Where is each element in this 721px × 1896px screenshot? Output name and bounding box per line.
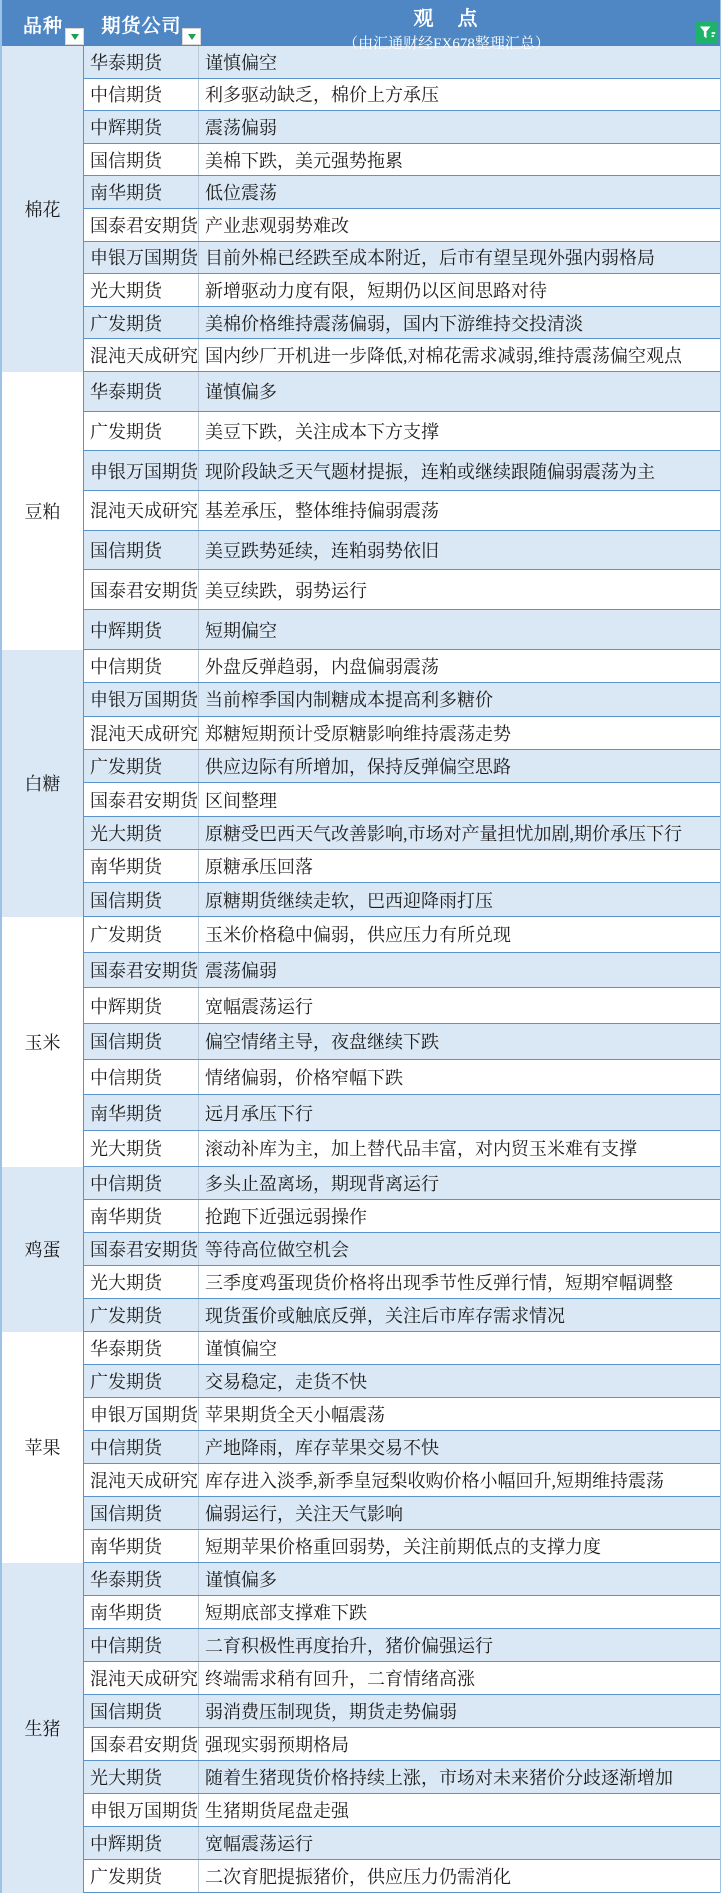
viewpoint-cell[interactable]: 当前榨季国内制糖成本提高利多糖价 (199, 683, 720, 715)
table-row: 中信期货二育积极性再度抬升，猪价偏强运行 (84, 1629, 720, 1662)
table-row: 中信期货利多驱动缺乏，棉价上方承压 (84, 79, 720, 112)
table-row: 华泰期货谨慎偏空 (84, 1332, 720, 1365)
category-cell[interactable]: 白糖 (2, 650, 84, 917)
company-cell[interactable]: 中辉期货 (84, 610, 199, 649)
viewpoint-cell[interactable]: 短期苹果价格重回弱势，关注前期低点的支撑力度 (199, 1530, 720, 1562)
viewpoint-column-header: 观 点 （由汇通财经FX678整理汇总） (199, 2, 694, 53)
viewpoint-cell[interactable]: 终端需求稍有回升，二育情绪高涨 (199, 1662, 720, 1694)
table-row: 混沌天成研究库存进入淡季,新季皇冠梨收购价格小幅回升,短期维持震荡 (84, 1464, 720, 1497)
company-cell[interactable]: 国泰君安期货 (84, 570, 199, 609)
company-cell[interactable]: 中辉期货 (84, 988, 199, 1023)
table-row: 广发期货美豆下跌，关注成本下方支撑 (84, 412, 720, 452)
commodity-section: 玉米广发期货玉米价格稳中偏弱，供应压力有所兑现国泰君安期货震荡偏弱中辉期货宽幅震… (2, 917, 720, 1167)
viewpoint-cell[interactable]: 美豆跌势延续，连粕弱势依旧 (199, 531, 720, 570)
viewpoint-cell[interactable]: 谨慎偏空 (199, 1332, 720, 1364)
table-row: 南华期货短期苹果价格重回弱势，关注前期低点的支撑力度 (84, 1530, 720, 1563)
table-row: 国信期货偏空情绪主导，夜盘继续下跌 (84, 1024, 720, 1060)
company-cell[interactable]: 光大期货 (84, 1266, 199, 1298)
viewpoint-cell[interactable]: 外盘反弹趋弱，内盘偏弱震荡 (199, 650, 720, 682)
viewpoint-cell[interactable]: 随着生猪现货价格持续上涨，市场对未来猪价分歧逐渐增加 (199, 1761, 720, 1793)
commodity-section: 鸡蛋中信期货多头止盈离场，期现背离运行南华期货抢跑下近强远弱操作国泰君安期货等待… (2, 1167, 720, 1332)
viewpoint-cell[interactable]: 弱消费压制现货，期货走势偏弱 (199, 1695, 720, 1727)
viewpoint-cell[interactable]: 震荡偏弱 (199, 953, 720, 988)
company-cell[interactable]: 广发期货 (84, 750, 199, 782)
company-cell[interactable]: 中辉期货 (84, 1827, 199, 1859)
company-cell[interactable]: 国泰君安期货 (84, 1728, 199, 1760)
table-row: 混沌天成研究国内纱厂开机进一步降低,对棉花需求减弱,维持震荡偏空观点 (84, 339, 720, 372)
viewpoint-cell[interactable]: 强现实弱预期格局 (199, 1728, 720, 1760)
company-cell[interactable]: 混沌天成研究 (84, 1662, 199, 1694)
company-cell[interactable]: 国信期货 (84, 144, 199, 176)
table-row: 申银万国期货现阶段缺乏天气题材提振，连粕或继续跟随偏弱震荡为主 (84, 451, 720, 491)
company-cell[interactable]: 国泰君安期货 (84, 209, 199, 241)
viewpoint-cell[interactable]: 区间整理 (199, 783, 720, 815)
funnel-filter-icon (696, 22, 718, 44)
viewpoint-cell[interactable]: 二次育肥提振猪价，供应压力仍需消化 (199, 1860, 720, 1892)
viewpoint-cell[interactable]: 美棉下跌，美元强势拖累 (199, 144, 720, 176)
company-cell[interactable]: 混沌天成研究 (84, 717, 199, 749)
table-row: 南华期货抢跑下近强远弱操作 (84, 1200, 720, 1233)
company-cell[interactable]: 广发期货 (84, 307, 199, 339)
table-row: 中信期货外盘反弹趋弱，内盘偏弱震荡 (84, 650, 720, 683)
table-row: 光大期货滚动补库为主，加上替代品丰富，对内贸玉米难有支撑 (84, 1131, 720, 1167)
chevron-down-icon (71, 34, 79, 40)
table-row: 国信期货偏弱运行，关注天气影响 (84, 1497, 720, 1530)
viewpoint-cell[interactable]: 抢跑下近强远弱操作 (199, 1200, 720, 1232)
viewpoint-cell[interactable]: 产地降雨，库存苹果交易不快 (199, 1431, 720, 1463)
table-row: 国信期货美棉下跌，美元强势拖累 (84, 144, 720, 177)
category-cell[interactable]: 玉米 (2, 917, 84, 1167)
company-cell[interactable]: 广发期货 (84, 1860, 199, 1892)
table-row: 华泰期货谨慎偏多 (84, 1563, 720, 1596)
viewpoint-cell[interactable]: 郑糖短期预计受原糖影响维持震荡走势 (199, 717, 720, 749)
table-row: 广发期货现货蛋价或触底反弹，关注后市库存需求情况 (84, 1299, 720, 1332)
commodity-section: 棉花华泰期货谨慎偏空中信期货利多驱动缺乏，棉价上方承压中辉期货震荡偏弱国信期货美… (2, 46, 720, 372)
commodity-section: 生猪华泰期货谨慎偏多南华期货短期底部支撑难下跌中信期货二育积极性再度抬升，猪价偏… (2, 1563, 720, 1893)
viewpoint-cell[interactable]: 基差承压，整体维持偏弱震荡 (199, 491, 720, 530)
company-cell[interactable]: 混沌天成研究 (84, 339, 199, 371)
table-row: 混沌天成研究基差承压，整体维持偏弱震荡 (84, 491, 720, 531)
company-cell[interactable]: 南华期货 (84, 1095, 199, 1130)
company-cell[interactable]: 华泰期货 (84, 372, 199, 411)
table-row: 中辉期货宽幅震荡运行 (84, 1827, 720, 1860)
company-cell[interactable]: 光大期货 (84, 1761, 199, 1793)
company-cell[interactable]: 国信期货 (84, 1497, 199, 1529)
company-cell[interactable]: 华泰期货 (84, 1332, 199, 1364)
table-row: 南华期货短期底部支撑难下跌 (84, 1596, 720, 1629)
viewpoint-cell[interactable]: 三季度鸡蛋现货价格将出现季节性反弹行情，短期窄幅调整 (199, 1266, 720, 1298)
company-cell[interactable]: 混沌天成研究 (84, 491, 199, 530)
company-cell[interactable]: 广发期货 (84, 412, 199, 451)
company-cell[interactable]: 中信期货 (84, 79, 199, 111)
commodity-section: 白糖中信期货外盘反弹趋弱，内盘偏弱震荡申银万国期货当前榨季国内制糖成本提高利多糖… (2, 650, 720, 917)
viewpoint-cell[interactable]: 等待高位做空机会 (199, 1233, 720, 1265)
company-cell[interactable]: 中信期货 (84, 650, 199, 682)
section-rows: 广发期货玉米价格稳中偏弱，供应压力有所兑现国泰君安期货震荡偏弱中辉期货宽幅震荡运… (84, 917, 720, 1167)
viewpoint-cell[interactable]: 短期偏空 (199, 610, 720, 649)
table-row: 中信期货情绪偏弱，价格窄幅下跌 (84, 1060, 720, 1096)
viewpoint-cell[interactable]: 谨慎偏多 (199, 372, 720, 411)
company-cell[interactable]: 申银万国期货 (84, 1398, 199, 1430)
viewpoint-cell[interactable]: 苹果期货全天小幅震荡 (199, 1398, 720, 1430)
table-row: 国信期货美豆跌势延续，连粕弱势依旧 (84, 531, 720, 571)
page-subtitle: （由汇通财经FX678整理汇总） (199, 32, 694, 53)
section-rows: 华泰期货谨慎偏多广发期货美豆下跌，关注成本下方支撑申银万国期货现阶段缺乏天气题材… (84, 372, 720, 650)
viewpoint-cell[interactable]: 产业悲观弱势难改 (199, 209, 720, 241)
table-row: 国泰君安期货强现实弱预期格局 (84, 1728, 720, 1761)
category-cell[interactable]: 鸡蛋 (2, 1167, 84, 1332)
company-cell[interactable]: 国信期货 (84, 531, 199, 570)
table-row: 广发期货供应边际有所增加，保持反弹偏空思路 (84, 750, 720, 783)
viewpoint-cell[interactable]: 远月承压下行 (199, 1095, 720, 1130)
table-row: 广发期货玉米价格稳中偏弱，供应压力有所兑现 (84, 917, 720, 953)
company-cell[interactable]: 中辉期货 (84, 111, 199, 143)
table-row: 国泰君安期货震荡偏弱 (84, 953, 720, 989)
company-cell[interactable]: 南华期货 (84, 1200, 199, 1232)
table-row: 国泰君安期货区间整理 (84, 783, 720, 816)
company-cell[interactable]: 申银万国期货 (84, 683, 199, 715)
table-row: 光大期货随着生猪现货价格持续上涨，市场对未来猪价分歧逐渐增加 (84, 1761, 720, 1794)
company-cell[interactable]: 光大期货 (84, 817, 199, 849)
table-row: 光大期货三季度鸡蛋现货价格将出现季节性反弹行情，短期窄幅调整 (84, 1266, 720, 1299)
category-cell[interactable]: 苹果 (2, 1332, 84, 1563)
viewpoint-cell[interactable]: 玉米价格稳中偏弱，供应压力有所兑现 (199, 917, 720, 952)
company-cell[interactable]: 申银万国期货 (84, 242, 199, 274)
category-cell[interactable]: 棉花 (2, 46, 84, 372)
company-cell[interactable]: 国信期货 (84, 1024, 199, 1059)
company-cell[interactable]: 国泰君安期货 (84, 953, 199, 988)
category-cell[interactable]: 豆粕 (2, 372, 84, 650)
table-row: 混沌天成研究终端需求稍有回升，二育情绪高涨 (84, 1662, 720, 1695)
viewpoint-cell[interactable]: 利多驱动缺乏，棉价上方承压 (199, 79, 720, 111)
viewpoint-cell[interactable]: 震荡偏弱 (199, 111, 720, 143)
table-row: 广发期货交易稳定，走货不快 (84, 1365, 720, 1398)
company-cell[interactable]: 南华期货 (84, 1530, 199, 1562)
table-row: 国泰君安期货美豆续跌，弱势运行 (84, 570, 720, 610)
viewpoint-cell[interactable]: 情绪偏弱，价格窄幅下跌 (199, 1060, 720, 1095)
table-row: 申银万国期货生猪期货尾盘走强 (84, 1794, 720, 1827)
futures-opinion-table: 品种 期货公司 观 点 （由汇通财经FX678整理汇总） 棉花华泰期货谨慎偏空中… (0, 0, 721, 1893)
table-row: 申银万国期货当前榨季国内制糖成本提高利多糖价 (84, 683, 720, 716)
company-cell[interactable]: 中信期货 (84, 1629, 199, 1661)
table-row: 南华期货远月承压下行 (84, 1095, 720, 1131)
viewpoint-cell[interactable]: 供应边际有所增加，保持反弹偏空思路 (199, 750, 720, 782)
section-rows: 中信期货多头止盈离场，期现背离运行南华期货抢跑下近强远弱操作国泰君安期货等待高位… (84, 1167, 720, 1332)
viewpoint-cell[interactable]: 美豆续跌，弱势运行 (199, 570, 720, 609)
company-cell[interactable]: 国泰君安期货 (84, 1233, 199, 1265)
viewpoint-cell[interactable]: 交易稳定，走货不快 (199, 1365, 720, 1397)
table-row: 中辉期货震荡偏弱 (84, 111, 720, 144)
table-row: 中辉期货短期偏空 (84, 610, 720, 650)
table-row: 国泰君安期货产业悲观弱势难改 (84, 209, 720, 242)
company-cell[interactable]: 申银万国期货 (84, 1794, 199, 1826)
table-row: 中辉期货宽幅震荡运行 (84, 988, 720, 1024)
table-row: 国信期货原糖期货继续走软，巴西迎降雨打压 (84, 883, 720, 916)
table-row: 国泰君安期货等待高位做空机会 (84, 1233, 720, 1266)
company-cell[interactable]: 国信期货 (84, 883, 199, 915)
company-cell[interactable]: 国信期货 (84, 1695, 199, 1727)
table-row: 光大期货新增驱动力度有限，短期仍以区间思路对待 (84, 274, 720, 307)
viewpoint-cell[interactable]: 新增驱动力度有限，短期仍以区间思路对待 (199, 274, 720, 306)
viewpoint-cell[interactable]: 美棉价格维持震荡偏弱，国内下游维持交投清淡 (199, 307, 720, 339)
viewpoint-cell[interactable]: 原糖期货继续走软，巴西迎降雨打压 (199, 883, 720, 915)
viewpoint-cell[interactable]: 原糖受巴西天气改善影响,市场对产量担忧加剧,期价承压下行 (199, 817, 720, 849)
page-title: 观 点 (199, 2, 694, 31)
section-rows: 中信期货外盘反弹趋弱，内盘偏弱震荡申银万国期货当前榨季国内制糖成本提高利多糖价混… (84, 650, 720, 917)
company-cell[interactable]: 中信期货 (84, 1060, 199, 1095)
section-rows: 华泰期货谨慎偏空中信期货利多驱动缺乏，棉价上方承压中辉期货震荡偏弱国信期货美棉下… (84, 46, 720, 372)
commodity-section: 豆粕华泰期货谨慎偏多广发期货美豆下跌，关注成本下方支撑申银万国期货现阶段缺乏天气… (2, 372, 720, 650)
company-cell[interactable]: 华泰期货 (84, 1563, 199, 1595)
company-cell[interactable]: 光大期货 (84, 1131, 199, 1166)
viewpoint-cell[interactable]: 国内纱厂开机进一步降低,对棉花需求减弱,维持震荡偏空观点 (199, 339, 720, 371)
viewpoint-cell[interactable]: 现货蛋价或触底反弹，关注后市库存需求情况 (199, 1299, 720, 1331)
table-row: 混沌天成研究郑糖短期预计受原糖影响维持震荡走势 (84, 717, 720, 750)
company-cell[interactable]: 申银万国期货 (84, 451, 199, 490)
table-row: 中信期货产地降雨，库存苹果交易不快 (84, 1431, 720, 1464)
viewpoint-cell[interactable]: 多头止盈离场，期现背离运行 (199, 1167, 720, 1199)
commodity-section: 苹果华泰期货谨慎偏空广发期货交易稳定，走货不快申银万国期货苹果期货全天小幅震荡中… (2, 1332, 720, 1563)
table-row: 中信期货多头止盈离场，期现背离运行 (84, 1167, 720, 1200)
viewpoint-cell[interactable]: 低位震荡 (199, 176, 720, 208)
viewpoint-cell[interactable]: 宽幅震荡运行 (199, 988, 720, 1023)
company-cell[interactable]: 南华期货 (84, 850, 199, 882)
table-row: 申银万国期货目前外棉已经跌至成本附近，后市有望呈现外强内弱格局 (84, 242, 720, 275)
company-cell[interactable]: 光大期货 (84, 274, 199, 306)
table-header: 品种 期货公司 观 点 （由汇通财经FX678整理汇总） (2, 0, 720, 46)
table-body: 棉花华泰期货谨慎偏空中信期货利多驱动缺乏，棉价上方承压中辉期货震荡偏弱国信期货美… (2, 46, 720, 1893)
table-row: 广发期货二次育肥提振猪价，供应压力仍需消化 (84, 1860, 720, 1893)
table-row: 光大期货原糖受巴西天气改善影响,市场对产量担忧加剧,期价承压下行 (84, 817, 720, 850)
company-cell[interactable]: 南华期货 (84, 176, 199, 208)
variety-filter-button[interactable] (65, 28, 84, 45)
company-cell[interactable]: 广发期货 (84, 1365, 199, 1397)
table-row: 南华期货低位震荡 (84, 176, 720, 209)
table-row: 南华期货原糖承压回落 (84, 850, 720, 883)
company-cell[interactable]: 中信期货 (84, 1431, 199, 1463)
viewpoint-cell[interactable]: 二育积极性再度抬升，猪价偏强运行 (199, 1629, 720, 1661)
company-cell[interactable]: 国泰君安期货 (84, 783, 199, 815)
viewpoint-cell[interactable]: 宽幅震荡运行 (199, 1827, 720, 1859)
company-cell[interactable]: 华泰期货 (84, 46, 199, 78)
viewpoint-cell[interactable]: 生猪期货尾盘走强 (199, 1794, 720, 1826)
viewpoint-cell[interactable]: 谨慎偏多 (199, 1563, 720, 1595)
company-cell[interactable]: 广发期货 (84, 917, 199, 952)
table-row: 申银万国期货苹果期货全天小幅震荡 (84, 1398, 720, 1431)
viewpoint-cell[interactable]: 滚动补库为主，加上替代品丰富，对内贸玉米难有支撑 (199, 1131, 720, 1166)
viewpoint-cell[interactable]: 原糖承压回落 (199, 850, 720, 882)
company-cell[interactable]: 南华期货 (84, 1596, 199, 1628)
viewpoint-cell[interactable]: 偏空情绪主导，夜盘继续下跌 (199, 1024, 720, 1059)
table-row: 广发期货美棉价格维持震荡偏弱，国内下游维持交投清淡 (84, 307, 720, 340)
chevron-down-icon (188, 34, 196, 40)
viewpoint-cell[interactable]: 库存进入淡季,新季皇冠梨收购价格小幅回升,短期维持震荡 (199, 1464, 720, 1496)
viewpoint-cell[interactable]: 美豆下跌，关注成本下方支撑 (199, 412, 720, 451)
table-filter-button[interactable] (696, 22, 718, 44)
table-row: 华泰期货谨慎偏多 (84, 372, 720, 412)
viewpoint-cell[interactable]: 短期底部支撑难下跌 (199, 1596, 720, 1628)
viewpoint-cell[interactable]: 目前外棉已经跌至成本附近，后市有望呈现外强内弱格局 (199, 242, 720, 274)
viewpoint-cell[interactable]: 偏弱运行，关注天气影响 (199, 1497, 720, 1529)
table-row: 国信期货弱消费压制现货，期货走势偏弱 (84, 1695, 720, 1728)
section-rows: 华泰期货谨慎偏多南华期货短期底部支撑难下跌中信期货二育积极性再度抬升，猪价偏强运… (84, 1563, 720, 1893)
company-cell[interactable]: 中信期货 (84, 1167, 199, 1199)
viewpoint-cell[interactable]: 现阶段缺乏天气题材提振，连粕或继续跟随偏弱震荡为主 (199, 451, 720, 490)
section-rows: 华泰期货谨慎偏空广发期货交易稳定，走货不快申银万国期货苹果期货全天小幅震荡中信期… (84, 1332, 720, 1563)
company-cell[interactable]: 混沌天成研究 (84, 1464, 199, 1496)
company-cell[interactable]: 广发期货 (84, 1299, 199, 1331)
category-cell[interactable]: 生猪 (2, 1563, 84, 1893)
